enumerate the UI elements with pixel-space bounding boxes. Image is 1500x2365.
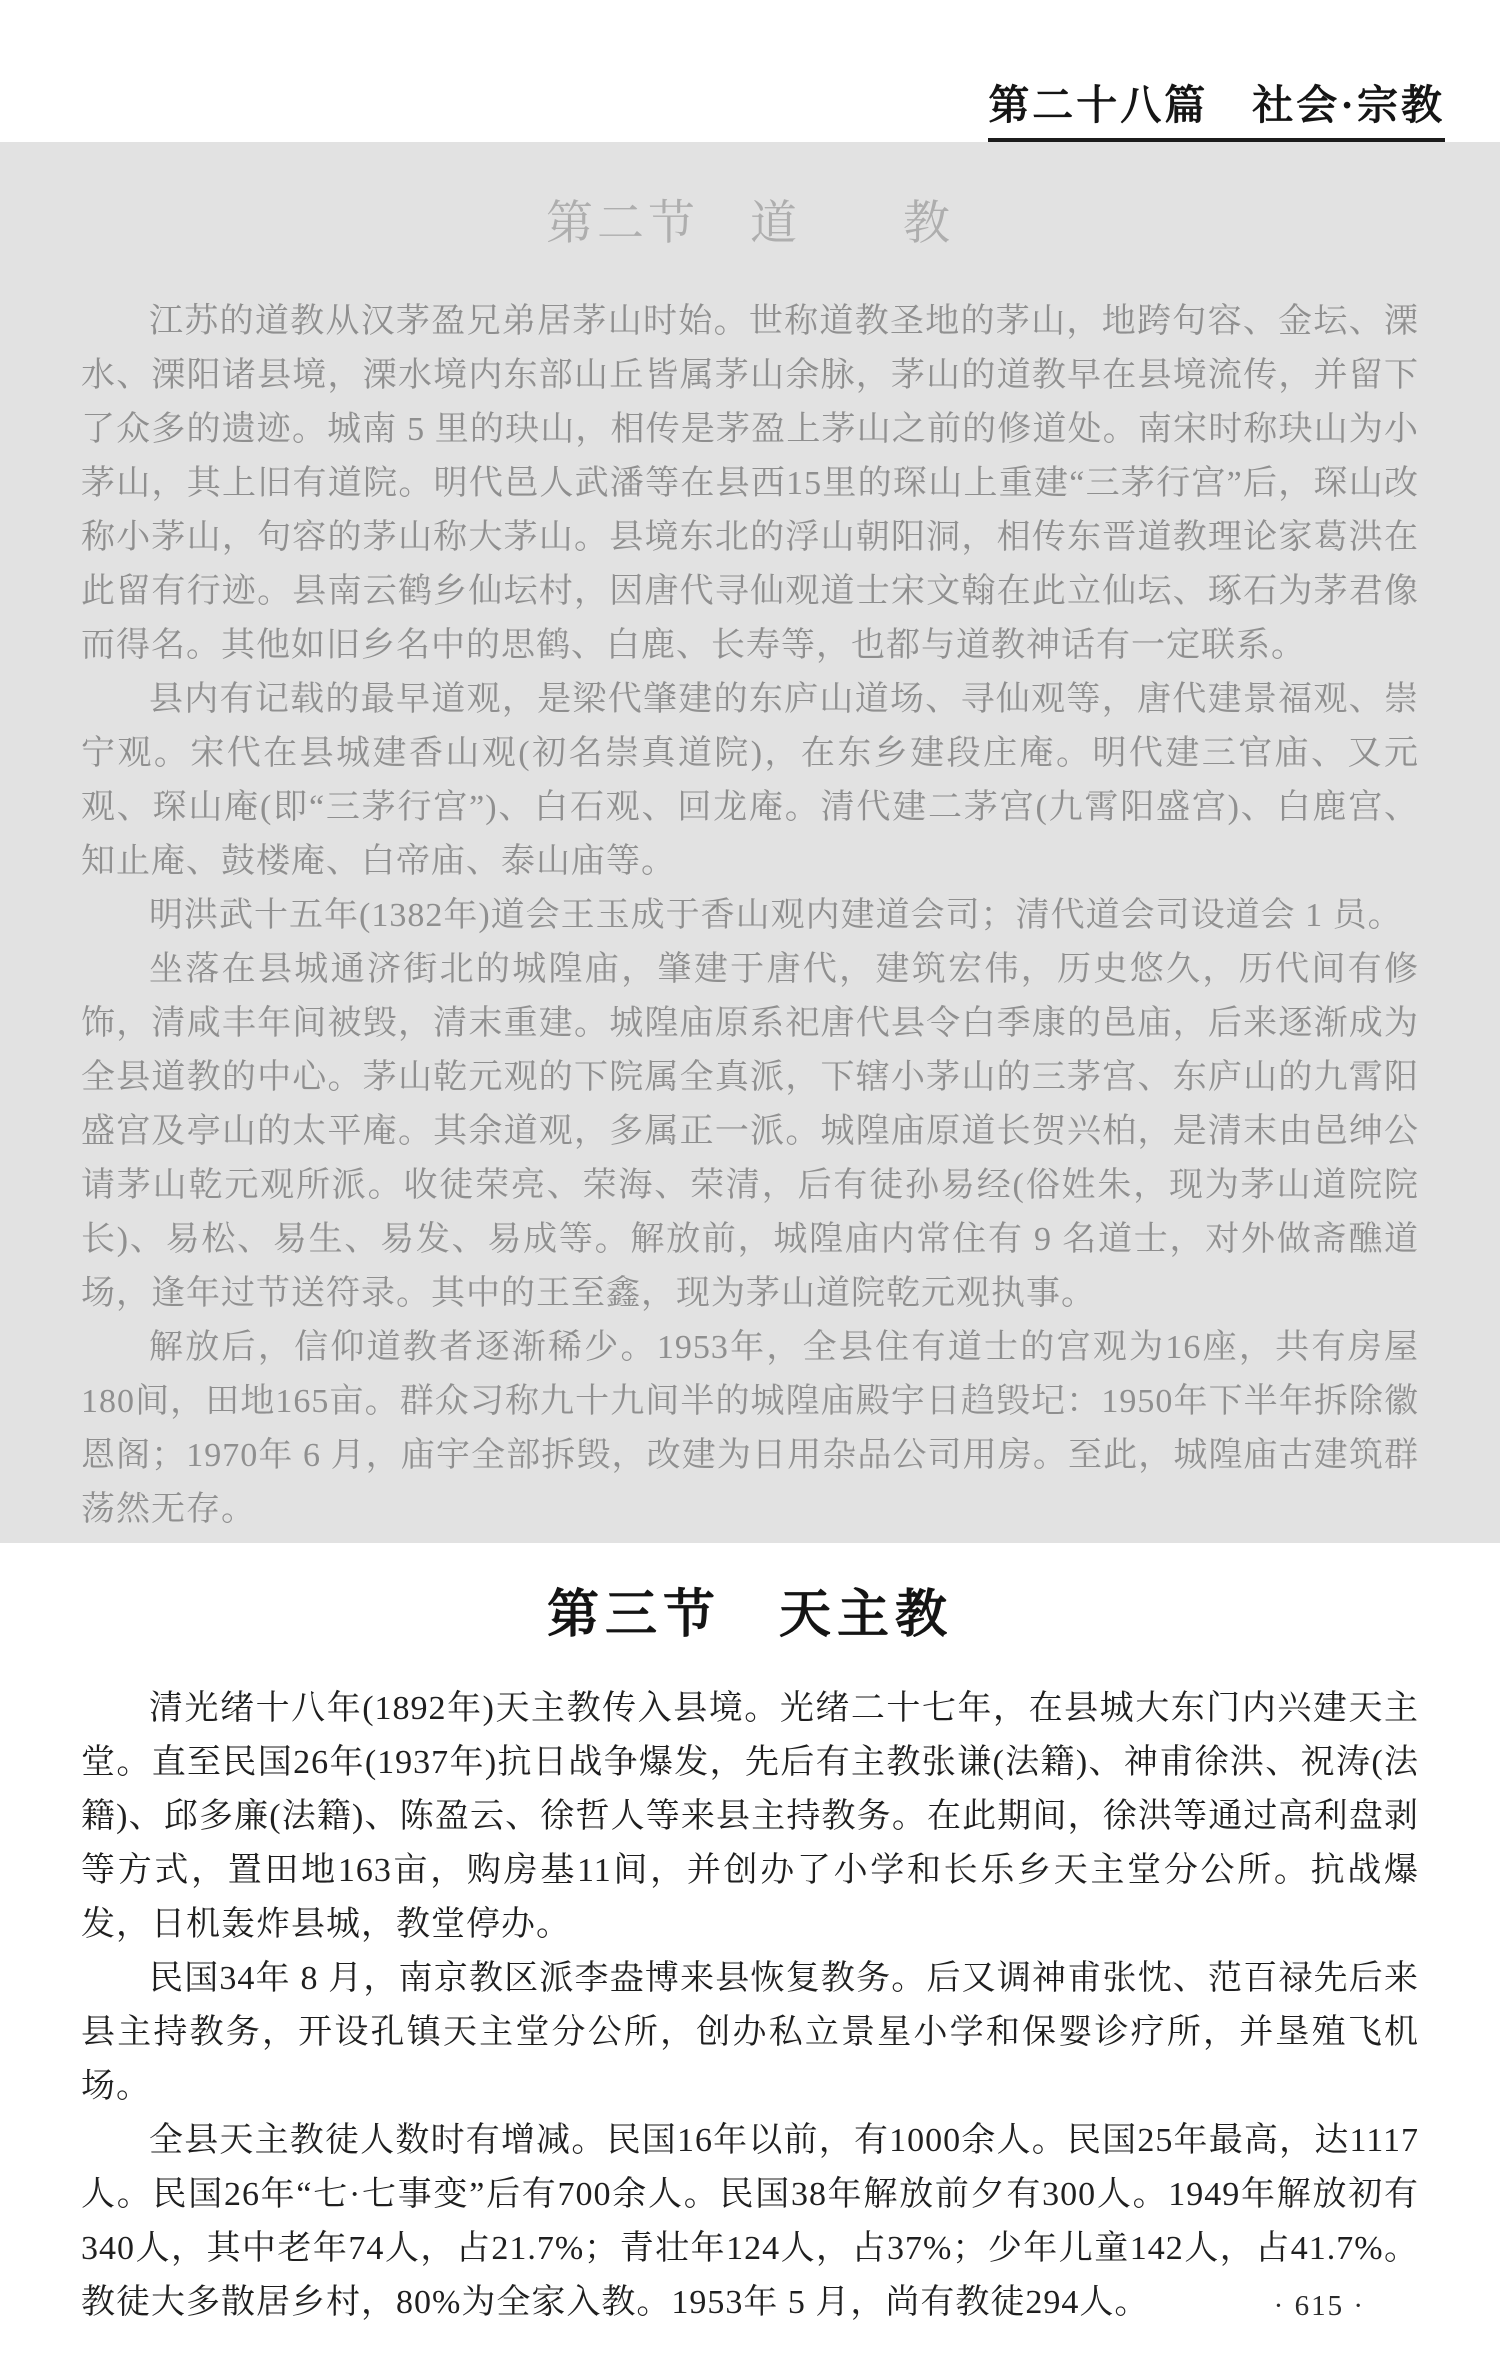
- catholicism-paragraph: 清光绪十八年(1892年)天主教传入县境。光绪二十七年，在县城大东门内兴建天主堂…: [81, 1682, 1419, 1952]
- catholicism-paragraph: 民国34年 8 月，南京教区派李盎博来县恢复教务。后又调神甫张忱、范百禄先后来县…: [81, 1952, 1419, 2114]
- taoism-paragraph: 县内有记载的最早道观，是梁代肇建的东庐山道场、寻仙观等，唐代建景福观、崇宁观。宋…: [81, 673, 1419, 889]
- taoism-paragraph: 明洪武十五年(1382年)道会王玉成于香山观内建道会司；清代道会司设道会 1 员…: [81, 889, 1419, 943]
- running-head: 第二十八篇 社会·宗教: [988, 72, 1445, 142]
- taoism-paragraph: 坐落在县城通济街北的城隍庙，肇建于唐代，建筑宏伟，历史悠久，历代间有修饰，清咸丰…: [81, 943, 1419, 1321]
- section-title-taoism: 第二节 道 教: [0, 142, 1500, 253]
- page-number: · 615 ·: [1274, 2290, 1365, 2323]
- taoism-paragraph: 解放后，信仰道教者逐渐稀少。1953年，全县住有道士的宫观为16座，共有房屋18…: [81, 1321, 1419, 1537]
- catholicism-section-body: 清光绪十八年(1892年)天主教传入县境。光绪二十七年，在县城大东门内兴建天主堂…: [81, 1682, 1419, 2330]
- scanned-gray-region: 第二节 道 教 江苏的道教从汉茅盈兄弟居茅山时始。世称道教圣地的茅山，地跨句容、…: [0, 142, 1500, 1543]
- section-title-catholicism: 第三节 天主教: [0, 1572, 1500, 1647]
- catholicism-paragraph: 全县天主教徒人数时有增减。民国16年以前，有1000余人。民国25年最高，达11…: [81, 2114, 1419, 2330]
- taoism-paragraph: 江苏的道教从汉茅盈兄弟居茅山时始。世称道教圣地的茅山，地跨句容、金坛、溧水、溧阳…: [81, 295, 1419, 673]
- taoism-section-body: 江苏的道教从汉茅盈兄弟居茅山时始。世称道教圣地的茅山，地跨句容、金坛、溧水、溧阳…: [81, 295, 1419, 1537]
